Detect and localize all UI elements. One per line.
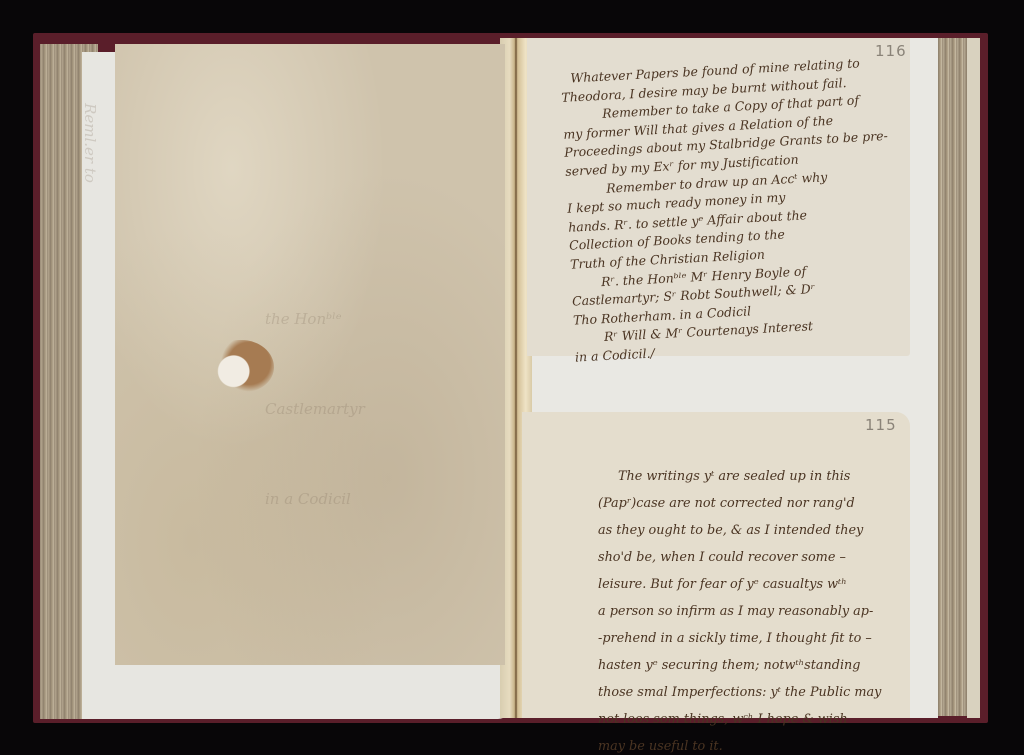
lower-leaf-text: The writings yᵗ are sealed up in this (P… (598, 463, 881, 755)
text-line: -prehend in a sickly time, I thought fit… (598, 625, 881, 652)
upper-leaf-text: Whatever Papers be found of mine relatin… (560, 53, 899, 367)
folio-number: 115 (865, 416, 897, 434)
left-manuscript-leaf: Reml.er to the Honᵇˡᵉ Castlemartyr in a … (115, 44, 505, 665)
stain-mark (212, 340, 274, 392)
text-line: a person so infirm as I may reasonably a… (598, 598, 881, 625)
text-line: not loos som things, wᶜʰ I hope & wish (598, 706, 881, 733)
right-endpaper-edge (967, 38, 980, 718)
text-line: as they ought to be, & as I intended the… (598, 517, 881, 544)
text-line: may be useful to it. (598, 733, 881, 755)
show-through-line: Reml.er to (81, 103, 99, 183)
text-line: leisure. But for fear of yᵉ casualtys wᵗ… (598, 571, 881, 598)
show-through-text: Reml.er to (45, 84, 135, 183)
text-line: (Papʳ)case are not corrected nor rang'd (598, 490, 881, 517)
show-through-text: the Honᵇˡᵉ Castlemartyr in a Codicil (265, 244, 365, 574)
text-line: The writings yᵗ are sealed up in this (598, 463, 881, 490)
show-through-line: in a Codicil (265, 484, 365, 514)
text-line: those smal Imperfections: yᵗ the Public … (598, 679, 881, 706)
text-line: hasten yᵉ securing them; notwᵗʰstanding (598, 652, 881, 679)
show-through-line: Castlemartyr (265, 394, 365, 424)
text-line: sho'd be, when I could recover some – (598, 544, 881, 571)
show-through-line: the Honᵇˡᵉ (265, 304, 365, 334)
